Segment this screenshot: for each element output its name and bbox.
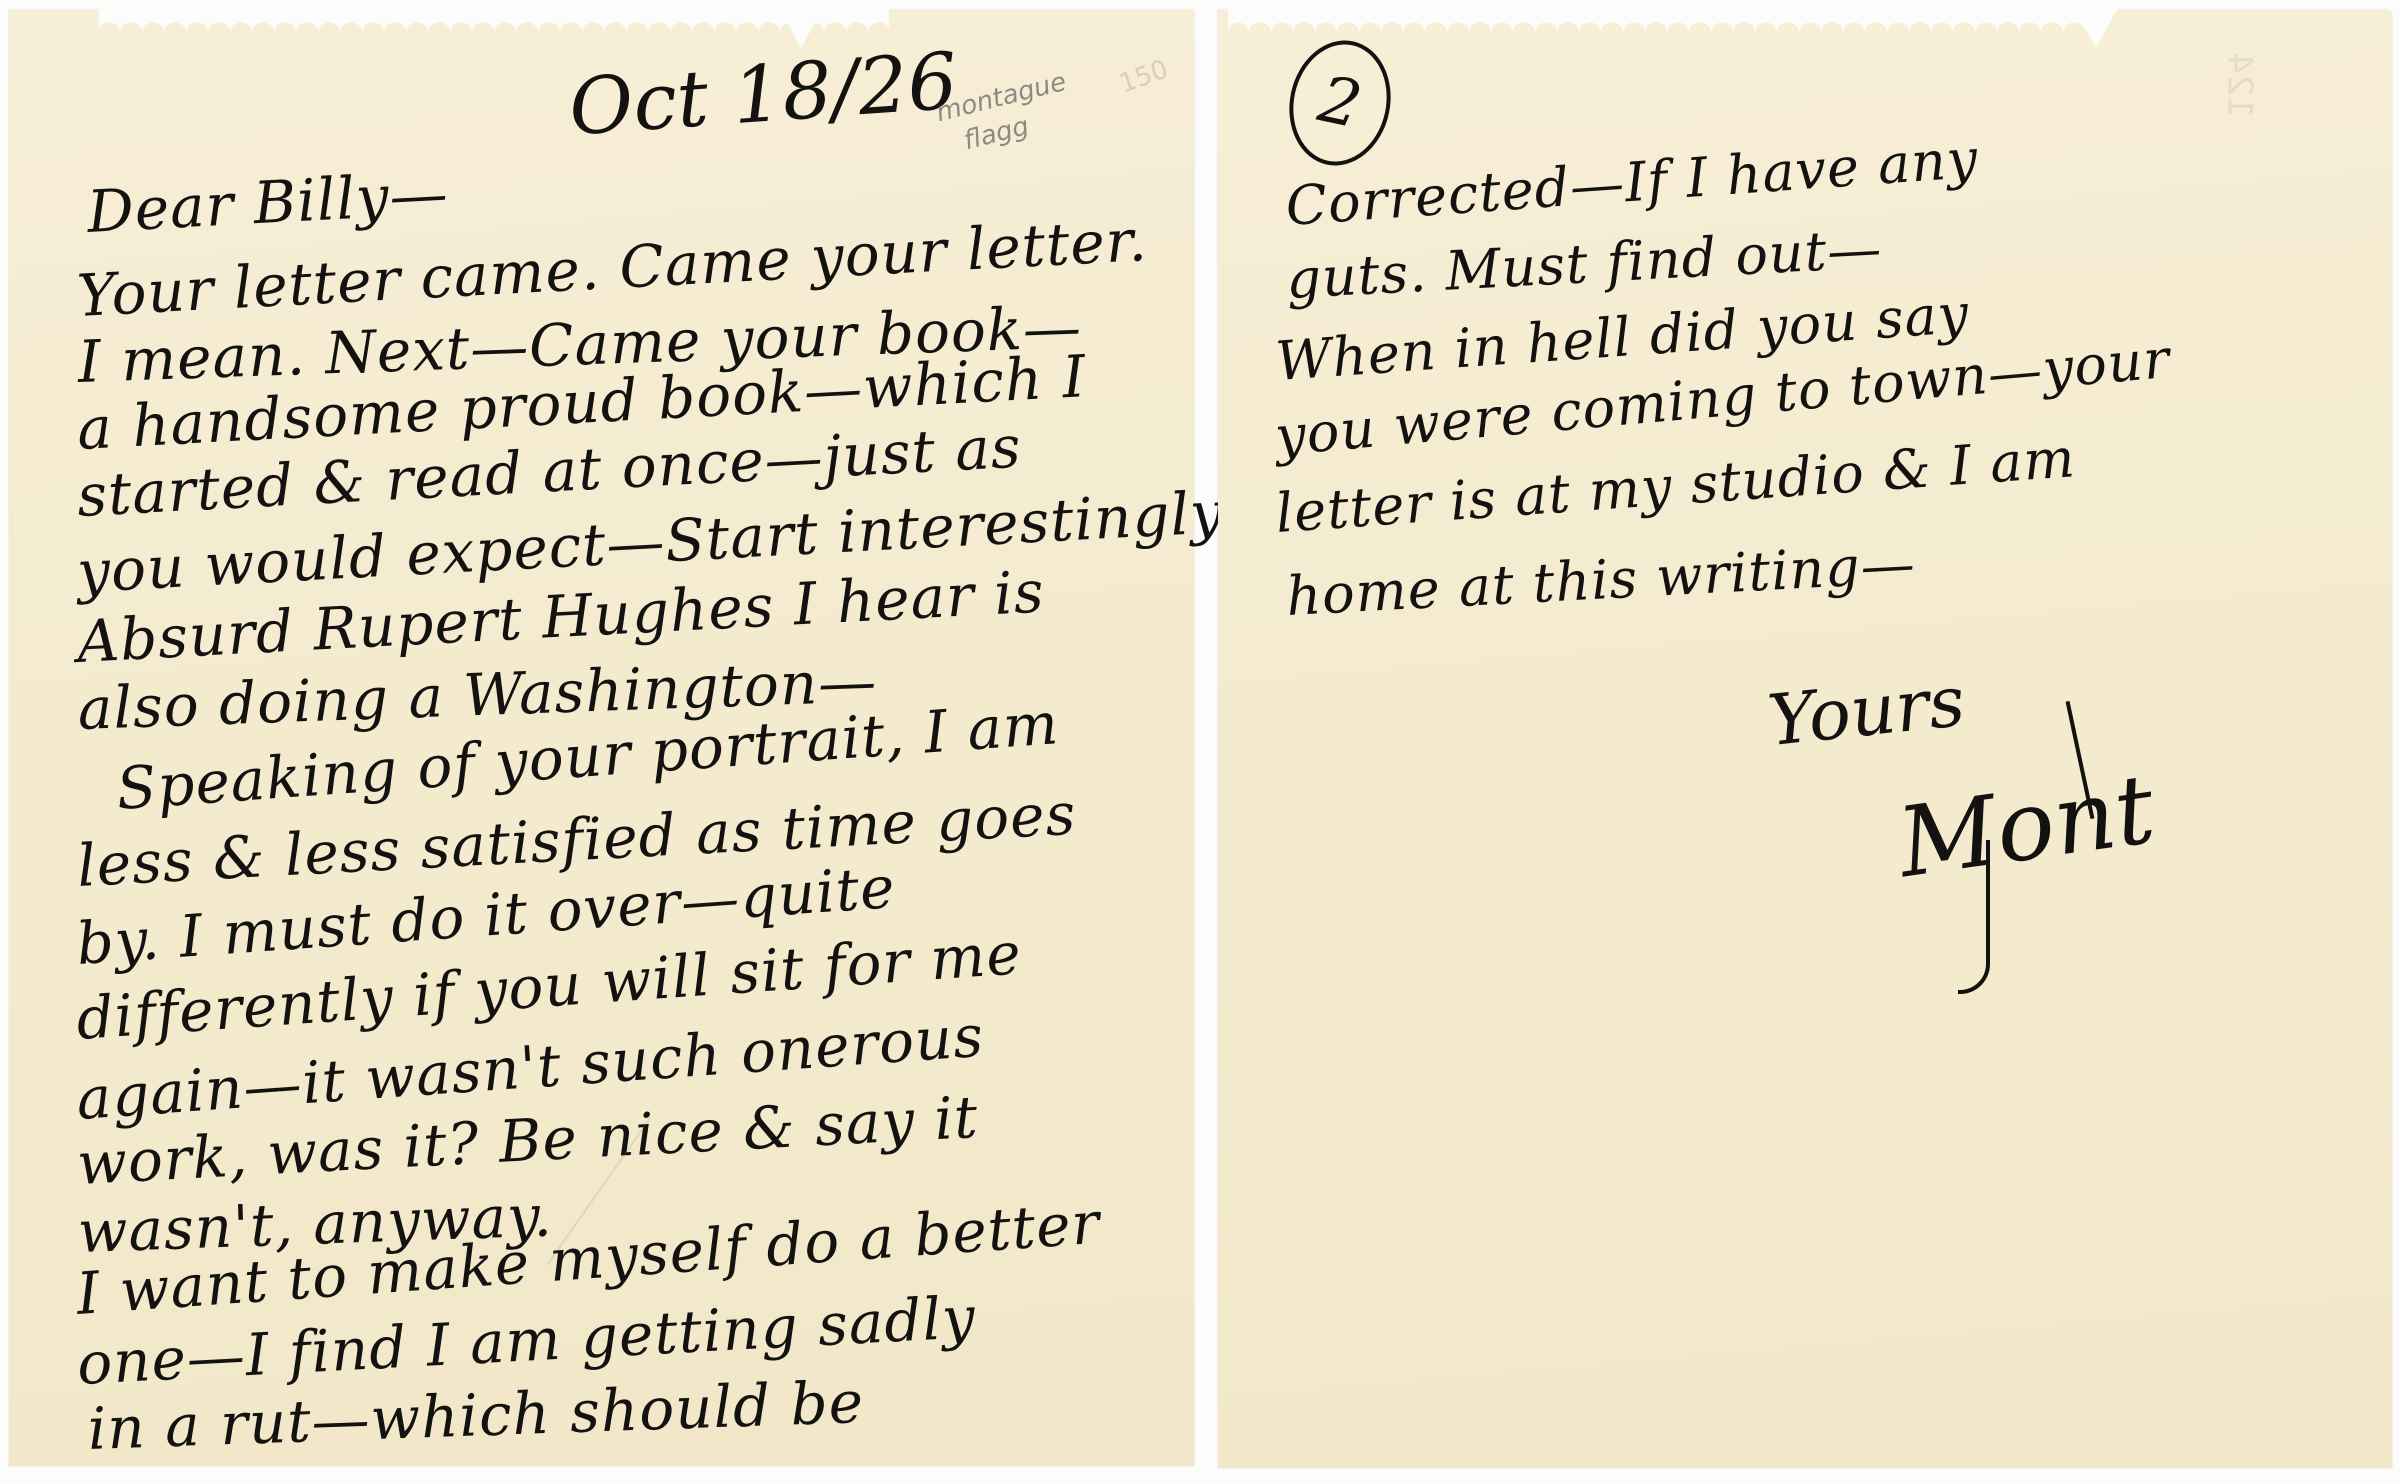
signature-tail <box>1958 840 1990 994</box>
torn-edge <box>1228 8 2098 32</box>
closing: Yours <box>1764 660 1968 762</box>
letter-date: Oct 18/26 <box>566 37 960 154</box>
signature: Mont <box>1891 753 2161 900</box>
torn-notch <box>779 8 823 48</box>
torn-edge <box>99 8 889 32</box>
salutation: Dear Billy— <box>85 159 450 246</box>
pencil-number: 150 <box>1115 54 1172 99</box>
page-number: 2 <box>1312 63 1367 144</box>
page-number-circled: 2 <box>1278 31 1402 175</box>
letter-page-1: Oct 18/26 montague flagg 150 Dear Billy—… <box>9 10 1194 1466</box>
letter-line: home at this writing— <box>1285 532 1917 628</box>
letter-page-2: 124 2 Corrected—If I have any guts. Must… <box>1218 10 2392 1468</box>
bleed-through-mark: 124 <box>2220 53 2260 118</box>
torn-notch <box>2074 8 2118 48</box>
